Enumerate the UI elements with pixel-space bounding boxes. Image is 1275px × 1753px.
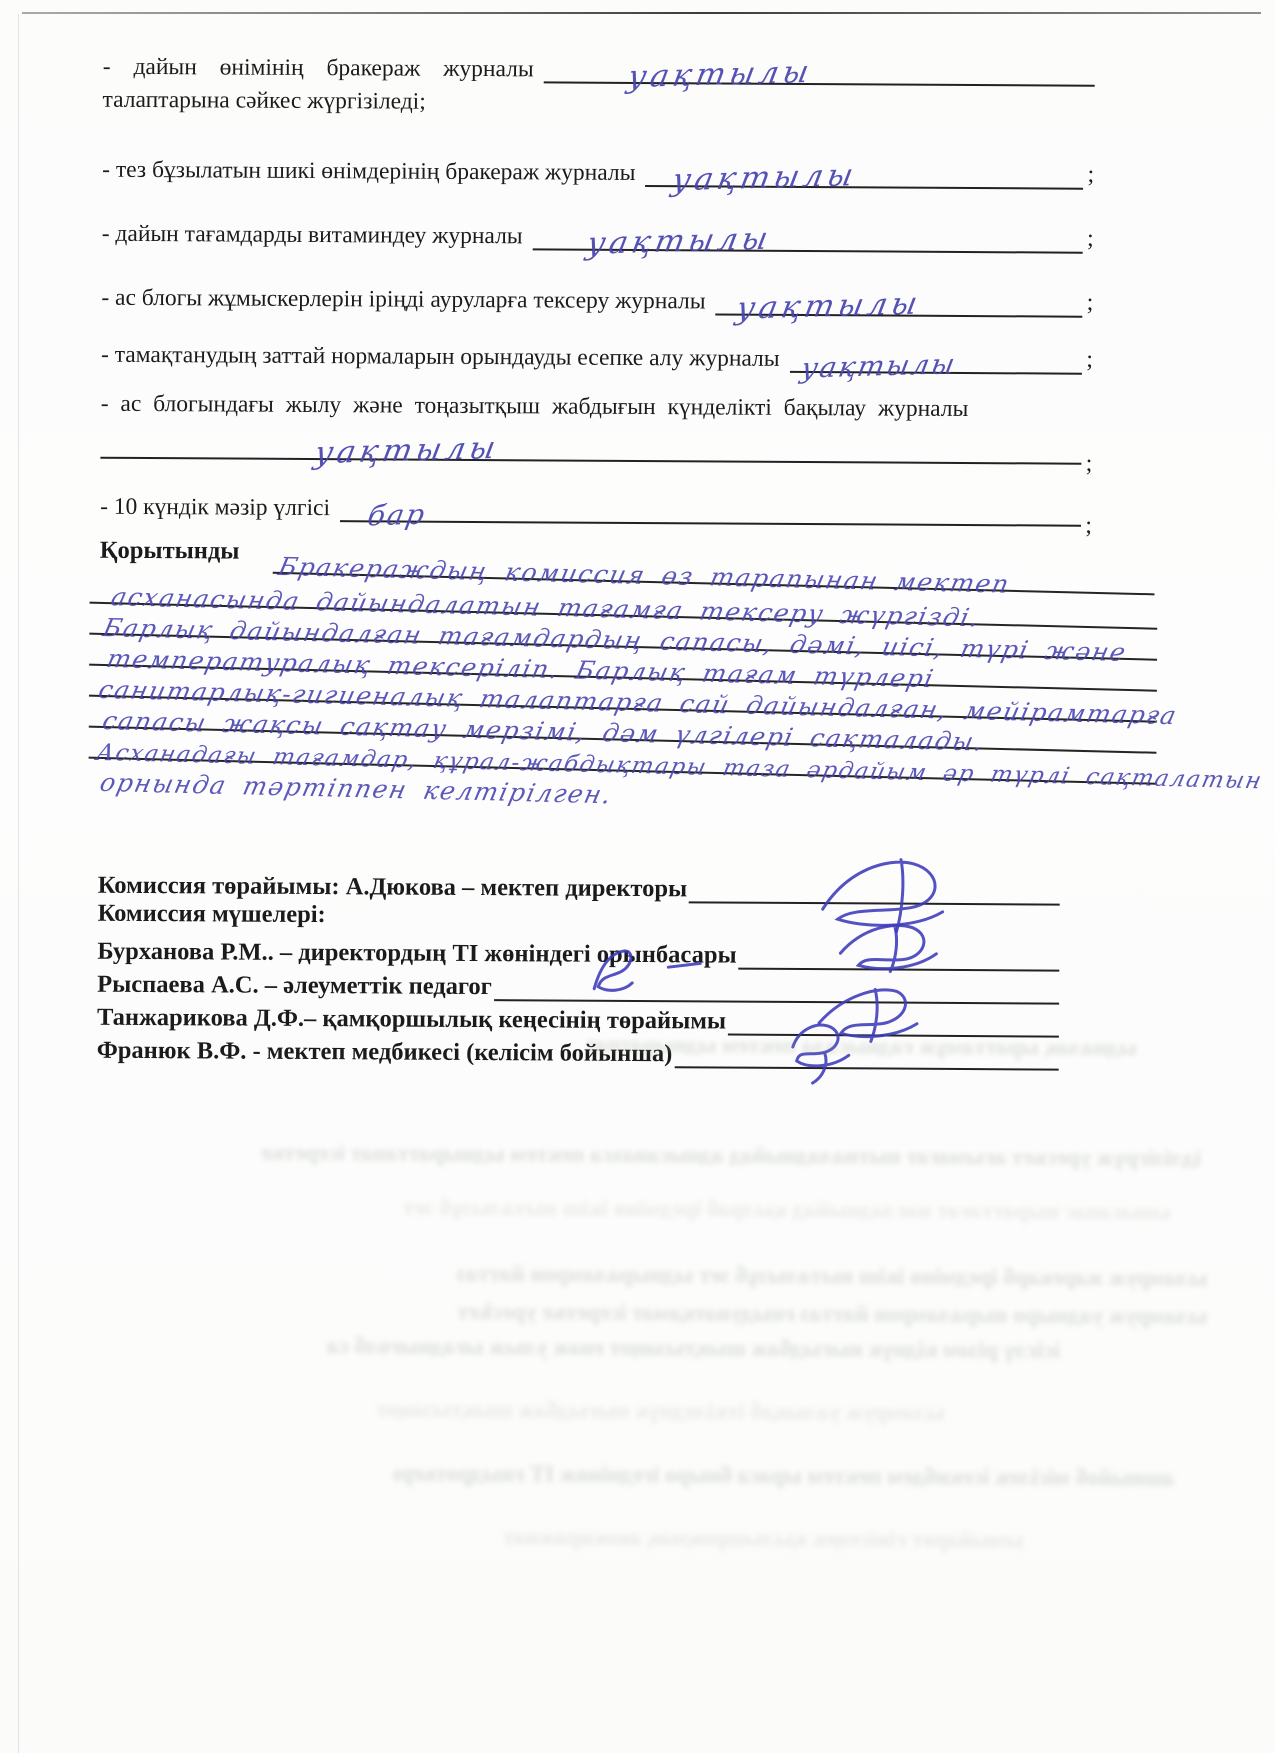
form-line-label: - дайын өнімінің бракераж журналы — [103, 54, 534, 84]
document-content: - дайын өнімінің бракераж журналы уақтыл… — [0, 0, 1275, 1753]
commission-member-label: Рыспаева А.С. – әлеуметтік педагог — [97, 972, 492, 1001]
fill-in-blank: бар — [340, 488, 1082, 527]
form-line: - тез бұзылатын шикі өнімдерінің бракера… — [102, 150, 1094, 190]
semicolon: ; — [1087, 162, 1094, 190]
form-line-label: - дайын тағамдарды витаминдеу журналы — [102, 221, 523, 251]
commission-members-heading: Комиссия мүшелері: — [98, 901, 1060, 934]
handwritten-text: орнында тәртіппен келтірілген. — [97, 768, 615, 809]
form-line-label: - ас блогындағы жылу және тоңазытқыш жаб… — [101, 391, 1101, 424]
handwritten-entry: уақтылы — [312, 431, 503, 472]
fill-in-blank: уақтылы — [790, 339, 1083, 375]
signature-blank — [689, 871, 1060, 905]
handwritten-entry: уақтылы — [734, 287, 925, 328]
commission-members-label: Комиссия мүшелері: — [98, 901, 326, 929]
bleedthrough-line: ымыйарөт ғінісеңек қылышроқмақ авокиражн… — [424, 1524, 1024, 1554]
form-line: - дайын тағамдарды витаминдеу журналы уа… — [102, 214, 1094, 254]
fill-in-blank: уақтылы — [645, 153, 1083, 190]
bleedthrough-line: ыламруж уалықаб іткіледнүк нығыдбаж шықт… — [345, 1396, 945, 1426]
form-line-label: - ас блогы жұмыскерлерін іріңді ауруларғ… — [101, 285, 705, 316]
signature-blank — [739, 938, 1060, 972]
fill-in-blank: уақтылы — [100, 425, 1082, 465]
bleedthrough-line: ыламруж жарекарб іредмінө ікіш ныталызұб… — [67, 1259, 1207, 1292]
semicolon: ; — [1086, 451, 1093, 479]
form-line: - тамақтанудың заттай нормаларын орындау… — [101, 335, 1093, 375]
handwritten-entry: уақтылы — [670, 159, 861, 200]
form-line-label: - тамақтанудың заттай нормаларын орындау… — [101, 342, 780, 373]
scanned-page: - дайын өнімінің бракераж журналы уақтыл… — [0, 0, 1275, 1753]
form-line-label: - тез бұзылатын шикі өнімдерінің бракера… — [102, 157, 635, 187]
bleedthrough-line: ісіглү різәм кіднүк нығыдбаж шықтызаңот … — [110, 1332, 1060, 1364]
commission-chair-label: Комиссия төрайымы: А.Дюкова – мектеп дир… — [98, 873, 688, 904]
fill-in-blank: уақтылы — [544, 49, 1095, 86]
fill-in-blank: уақтылы — [716, 281, 1083, 317]
bleedthrough-line: ыдналақ ыраттамұж ғаднысала пектем ыдныр… — [557, 1032, 1137, 1062]
conclusion-label: Қорытынды — [100, 537, 240, 566]
semicolon: ; — [1085, 513, 1092, 541]
handwritten-entry: уақтылы — [584, 222, 775, 263]
fill-in-blank: уақтылы — [533, 216, 1084, 253]
semicolon: ; — [1087, 290, 1094, 318]
form-line: - дайын өнімінің бракераж журналы уақтыл… — [103, 47, 1095, 87]
semicolon: ; — [1086, 347, 1093, 375]
form-line: - ас блогы жұмыскерлерін іріңді ауруларғ… — [101, 278, 1093, 318]
signature-blank — [494, 969, 1060, 1004]
form-line-continuation: талаптарына сәйкес жүргізіледі; — [103, 87, 1103, 120]
commission-member-label: Танжарикова Д.Ф.– қамқоршылық кеңесінің … — [97, 1005, 726, 1036]
bleedthrough-line: ыламруж уадныро ныраламрон йаттаз ғныдун… — [67, 1297, 1207, 1330]
handwritten-entry: бар — [365, 499, 429, 533]
form-line: уақтылы ; — [100, 425, 1092, 465]
form-line-label: - 10 күндік мәзір үлгісі — [100, 494, 330, 522]
semicolon: ; — [1087, 226, 1094, 254]
form-line: - 10 күндік мәзір үлгісі бар ; — [100, 487, 1092, 527]
bleedthrough-line: ашныйоб місілек ісекибдем пектем ыраса б… — [394, 1461, 1174, 1492]
commission-member-line: Бурханова Р.М.. – директордың ТІ жөнінде… — [97, 934, 1059, 972]
commission-member-line: Рыспаева А.С. – әлеуметтік педагог — [97, 967, 1059, 1005]
bleedthrough-line: ынысапас ныраттағат нағладныйад қылраб і… — [71, 1193, 1171, 1226]
bleedthrough-line: ідлізігрүж урескет ағымағат нытналадныйа… — [71, 1139, 1201, 1172]
handwritten-entry: уақтылы — [798, 348, 959, 385]
commission-member-label: Бурханова Р.М.. – директордың ТІ жөнінде… — [97, 939, 736, 970]
